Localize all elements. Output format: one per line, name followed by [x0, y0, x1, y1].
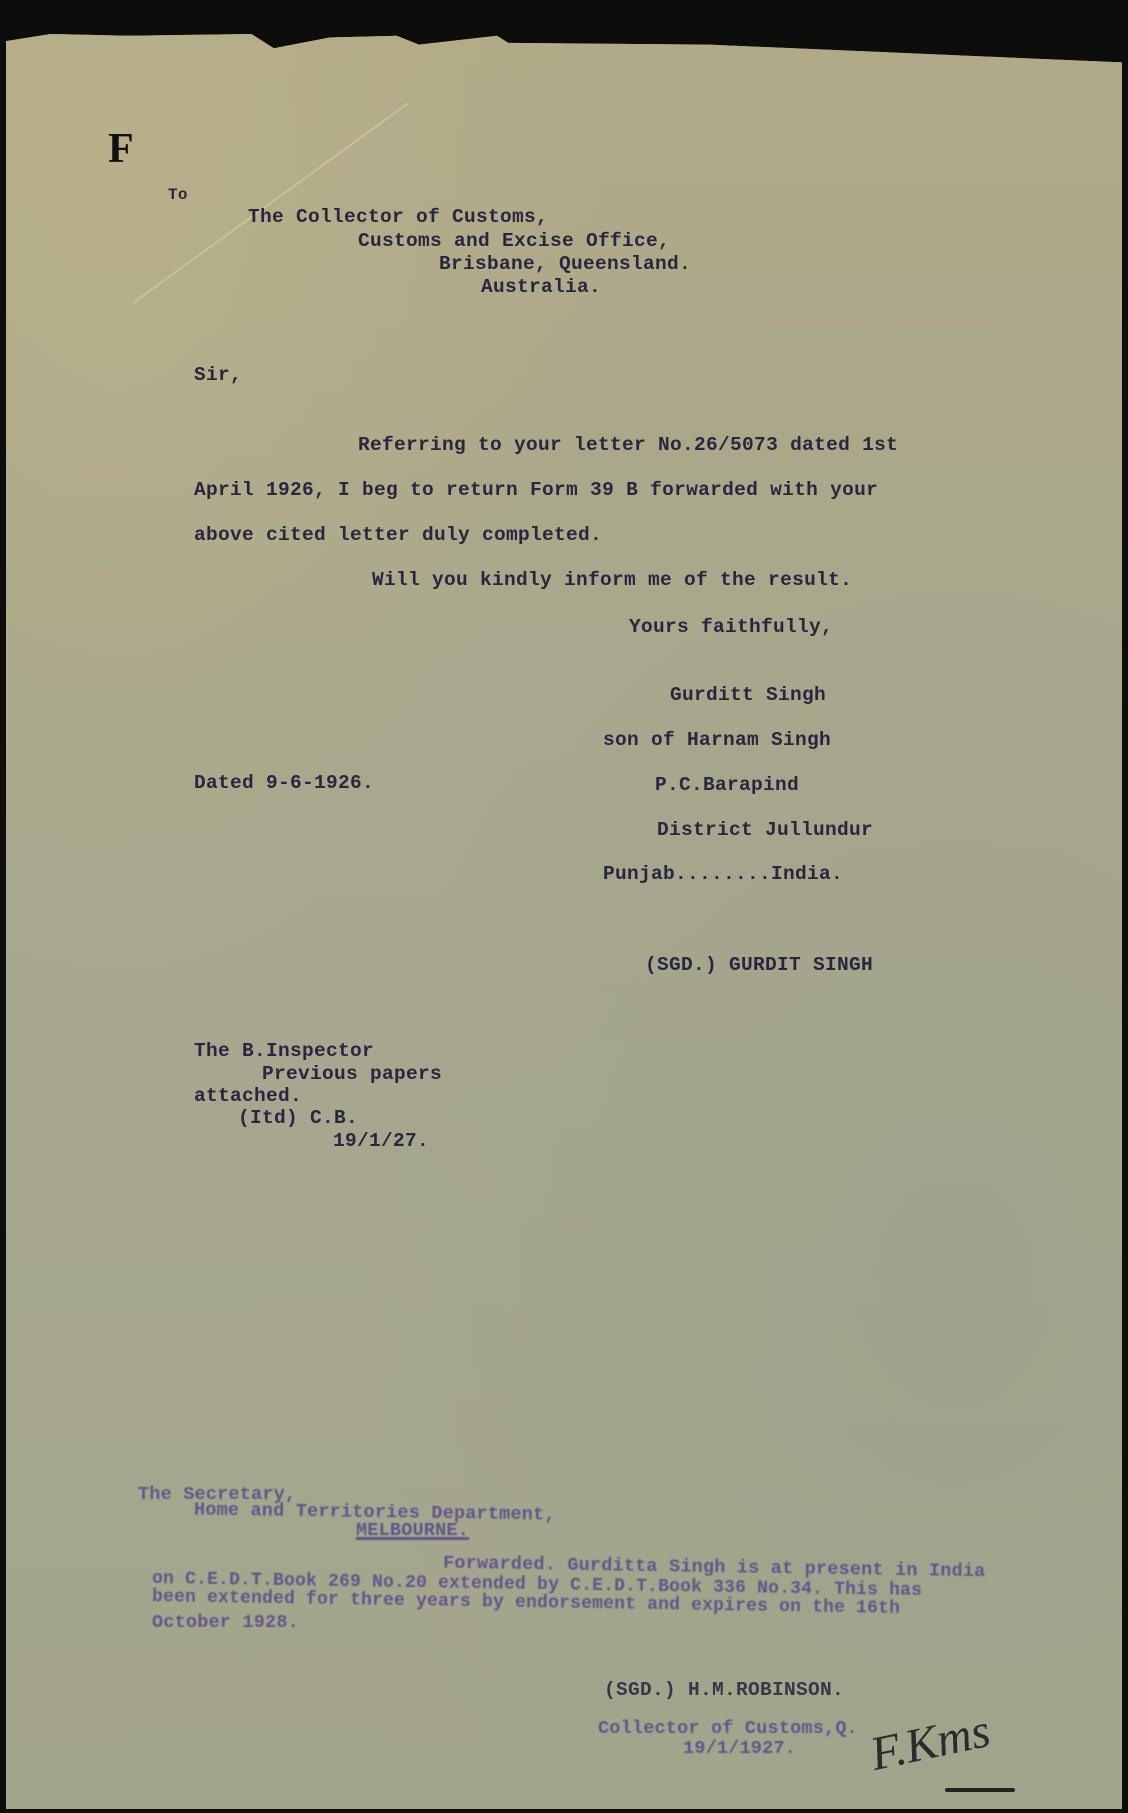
minute-line-4: (Itd) C.B.	[238, 1107, 358, 1129]
letter-date: Dated 9-6-1926.	[194, 772, 374, 794]
addressee-line-4: Australia.	[481, 276, 601, 298]
body-line-1: Referring to your letter No.26/5073 date…	[358, 434, 898, 456]
corner-mark: F	[108, 125, 134, 173]
sender-post-office: P.C.Barapind	[655, 774, 799, 796]
endorsement-signed: (SGD.) H.M.ROBINSON.	[604, 1679, 844, 1701]
body-line-3: above cited letter duly completed.	[194, 524, 602, 546]
closing: Yours faithfully,	[629, 616, 833, 638]
sender-parentage: son of Harnam Singh	[603, 729, 831, 751]
endorsement-title: Collector of Customs,Q.	[598, 1718, 858, 1739]
document-page	[6, 34, 1122, 1809]
addressee-line-1: The Collector of Customs,	[248, 206, 548, 228]
minute-date: 19/1/27.	[333, 1130, 429, 1152]
minute-line-2: Previous papers	[262, 1063, 442, 1085]
addressee-line-2: Customs and Excise Office,	[358, 230, 670, 252]
sender-name: Gurditt Singh	[670, 684, 826, 706]
endorsement-recipient-3: MELBOURNE.	[356, 1520, 469, 1541]
sender-district: District Jullundur	[657, 819, 873, 841]
to-label: To	[168, 186, 188, 204]
salutation: Sir,	[194, 364, 242, 386]
sender-province-country: Punjab........India.	[603, 863, 843, 885]
signature-underline	[945, 1788, 1015, 1792]
endorsement-line-4: October 1928.	[152, 1612, 299, 1633]
body-line-2: April 1926, I beg to return Form 39 B fo…	[194, 479, 878, 501]
letter-signed: (SGD.) GURDIT SINGH	[645, 954, 873, 976]
minute-line-1: The B.Inspector	[194, 1040, 374, 1062]
request-line: Will you kindly inform me of the result.	[372, 569, 852, 591]
minute-line-3: attached.	[194, 1085, 302, 1107]
addressee-line-3: Brisbane, Queensland.	[439, 253, 691, 275]
endorsement-date: 19/1/1927.	[683, 1738, 796, 1759]
